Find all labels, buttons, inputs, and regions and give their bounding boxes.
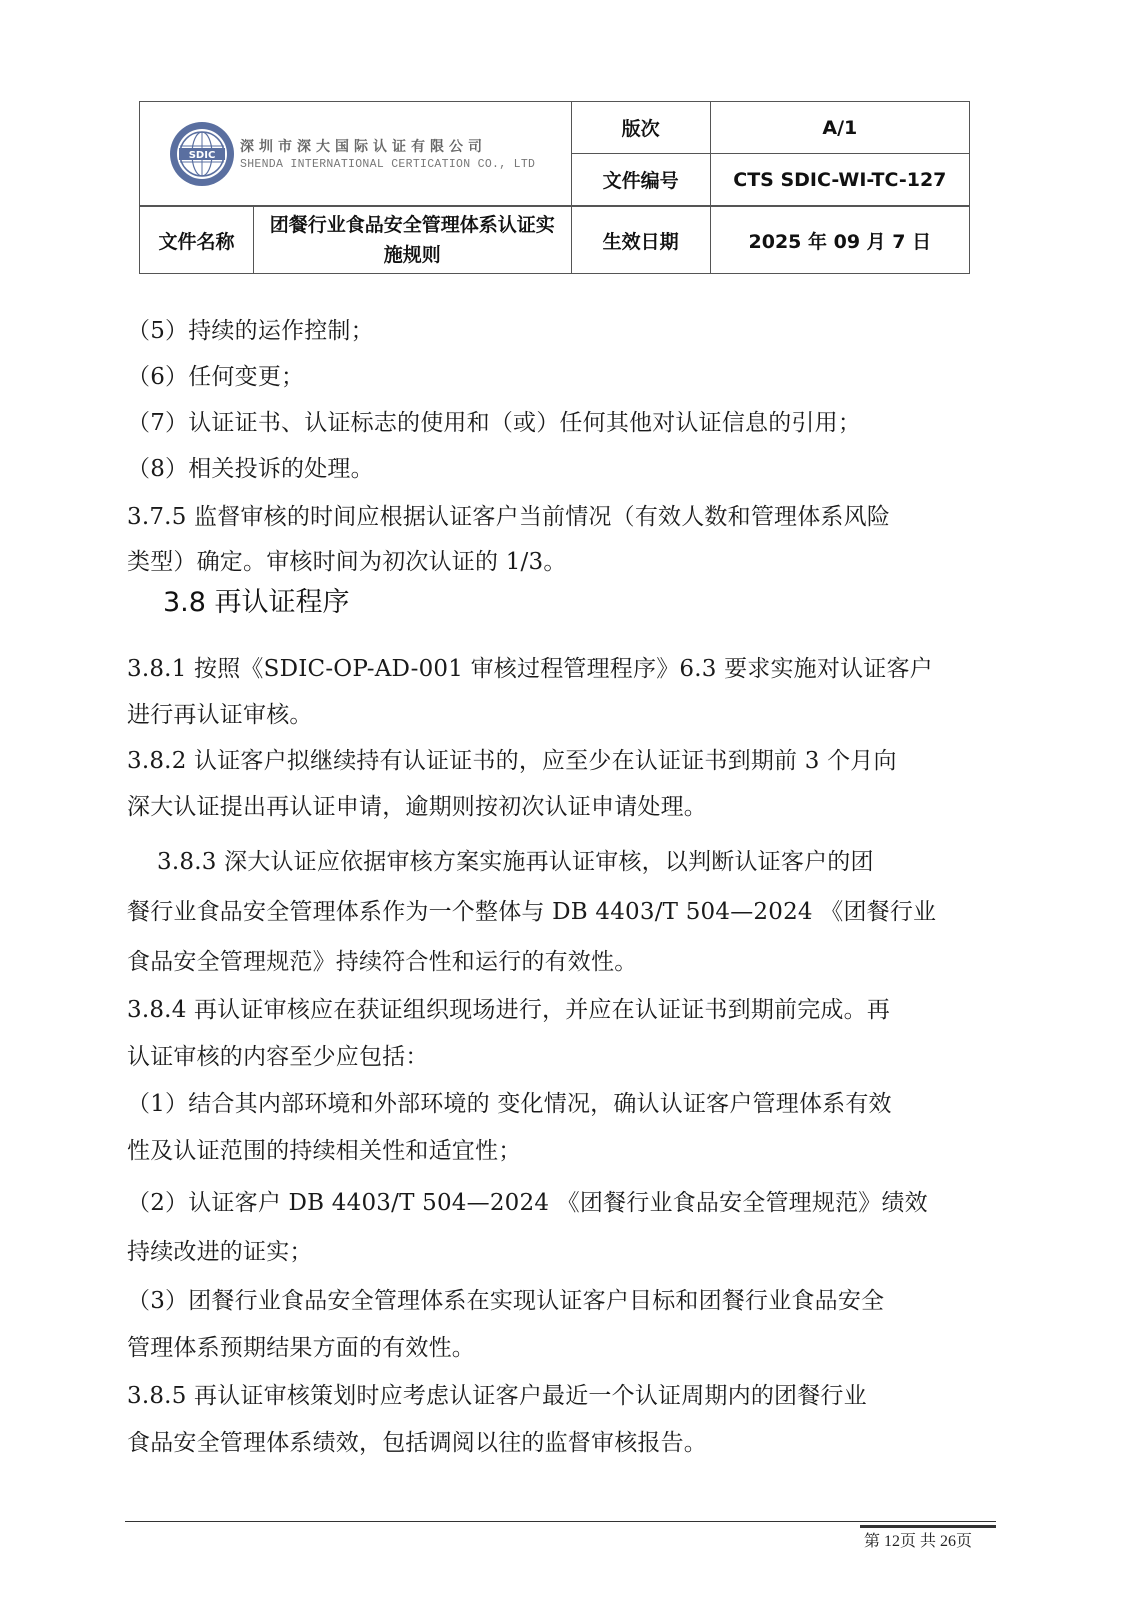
section-heading-3-8: 3.8 再认证程序 xyxy=(163,580,350,619)
clause-3-8-4-line1: 3.8.4 再认证审核应在获证组织现场进行，并应在认证证书到期前完成。再 xyxy=(127,991,890,1024)
recert-item-3-line2: 管理体系预期结果方面的有效性。 xyxy=(127,1329,475,1362)
clause-3-8-4-line2: 认证审核的内容至少应包括： xyxy=(127,1038,429,1071)
doc-name-label: 文件名称 xyxy=(140,207,254,274)
clause-3-7-5-line2: 类型）确定。审核时间为初次认证的 1/3。 xyxy=(127,543,567,576)
clause-3-8-1-line1: 3.8.1 按照《SDIC-OP-AD-001 审核过程管理程序》6.3 要求实… xyxy=(127,650,933,683)
doc-number-value: CTS SDIC-WI-TC-127 xyxy=(710,154,969,206)
recert-item-1-line1: （1）结合其内部环境和外部环境的 变化情况，确认认证客户管理体系有效 xyxy=(127,1085,892,1118)
effective-date-value: 2025 年 09 月 7 日 xyxy=(710,207,969,274)
list-item-8: （8）相关投诉的处理。 xyxy=(127,450,374,483)
document-page: SDIC 深圳市深大国际认证有限公司 SHENDA INTERNATIONAL … xyxy=(0,0,1131,1600)
list-item-5: （5）持续的运作控制； xyxy=(127,312,374,345)
sdic-globe-logo-icon: SDIC xyxy=(168,120,236,188)
clause-3-8-2-line2: 深大认证提出再认证申请，逾期则按初次认证申请处理。 xyxy=(127,788,707,821)
document-name-row: 文件名称 团餐行业食品安全管理体系认证实 施规则 生效日期 2025 年 09 … xyxy=(139,206,970,274)
list-item-6: （6）任何变更； xyxy=(127,358,304,391)
company-name-cn: 深圳市深大国际认证有限公司 xyxy=(240,136,535,156)
document-header-table: SDIC 深圳市深大国际认证有限公司 SHENDA INTERNATIONAL … xyxy=(139,101,970,206)
recert-item-3-line1: （3）团餐行业食品安全管理体系在实现认证客户目标和团餐行业食品安全 xyxy=(127,1282,884,1315)
company-logo-cell: SDIC 深圳市深大国际认证有限公司 SHENDA INTERNATIONAL … xyxy=(140,102,572,206)
clause-3-8-1-line2: 进行再认证审核。 xyxy=(127,696,313,729)
version-label: 版次 xyxy=(571,102,710,154)
recert-item-1-line2: 性及认证范围的持续相关性和适宜性； xyxy=(127,1132,521,1165)
list-item-7: （7）认证证书、认证标志的使用和（或）任何其他对认证信息的引用； xyxy=(127,404,861,437)
recert-item-2-line1: （2）认证客户 DB 4403/T 504—2024 《团餐行业食品安全管理规范… xyxy=(127,1184,928,1217)
clause-3-8-5-line1: 3.8.5 再认证审核策划时应考虑认证客户最近一个认证周期内的团餐行业 xyxy=(127,1377,867,1410)
clause-3-8-3-line2: 餐行业食品安全管理体系作为一个整体与 DB 4403/T 504—2024 《团… xyxy=(127,893,936,926)
footer-divider xyxy=(125,1521,996,1522)
effective-date-label: 生效日期 xyxy=(571,207,710,274)
doc-name-value: 团餐行业食品安全管理体系认证实 施规则 xyxy=(254,207,571,274)
recert-item-2-line2: 持续改进的证实； xyxy=(127,1233,313,1266)
company-name-en: SHENDA INTERNATIONAL CERTICATION CO., LT… xyxy=(240,158,535,171)
svg-text:SDIC: SDIC xyxy=(189,150,216,161)
clause-3-8-5-line2: 食品安全管理体系绩效，包括调阅以往的监督审核报告。 xyxy=(127,1424,707,1457)
doc-number-label: 文件编号 xyxy=(571,154,710,206)
clause-3-8-3-line1: 3.8.3 深大认证应依据审核方案实施再认证审核，以判断认证客户的团 xyxy=(127,843,874,876)
clause-3-8-2-line1: 3.8.2 认证客户拟继续持有认证证书的，应至少在认证证书到期前 3 个月向 xyxy=(127,742,897,775)
version-value: A/1 xyxy=(710,102,969,154)
page-number: 第 12页 共 26页 xyxy=(864,1528,972,1551)
clause-3-8-3-line3: 食品安全管理规范》持续符合性和运行的有效性。 xyxy=(127,943,637,976)
clause-3-7-5-line1: 3.7.5 监督审核的时间应根据认证客户当前情况（有效人数和管理体系风险 xyxy=(127,498,890,531)
